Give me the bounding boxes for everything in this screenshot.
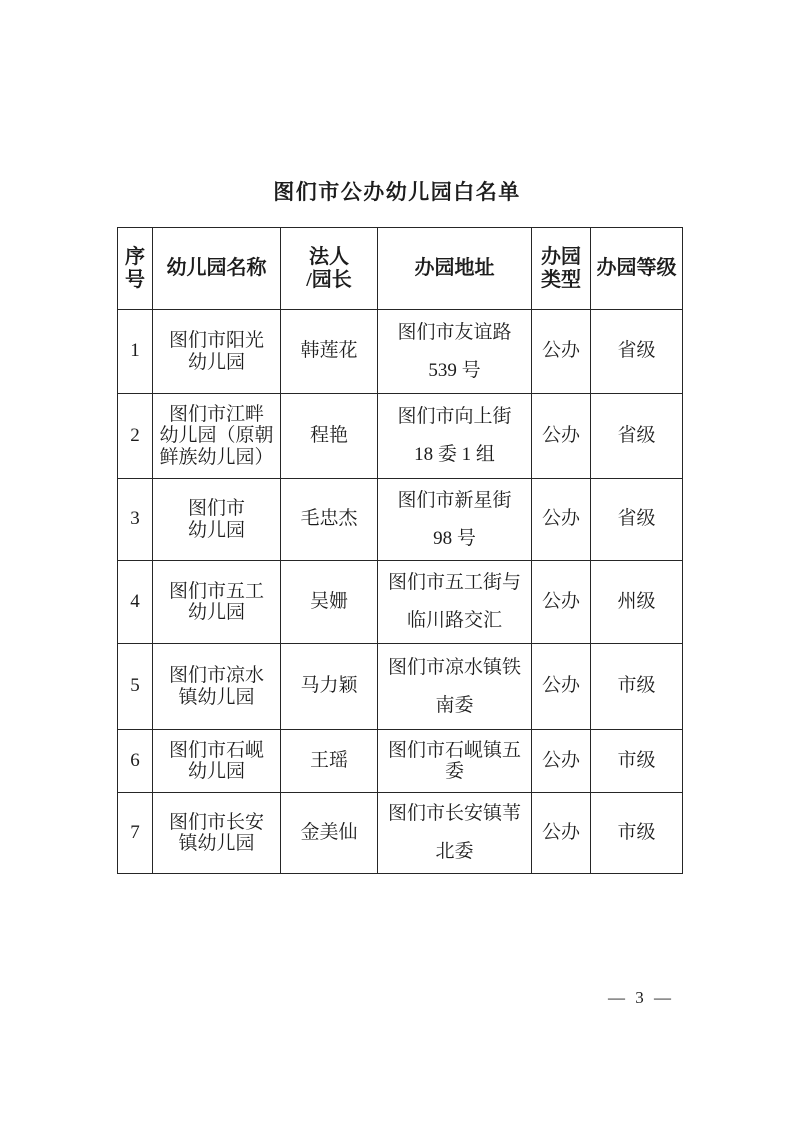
table-row: 3 图们市 幼儿园 毛忠杰 图们市新星街 98 号 公办 省级 [118, 479, 683, 561]
header-level: 办园等级 [591, 228, 683, 310]
cell-level: 市级 [591, 793, 683, 874]
cell-level: 市级 [591, 730, 683, 793]
cell-principal: 程艳 [281, 394, 378, 479]
page-number: — 3 — [608, 988, 674, 1008]
cell-principal: 毛忠杰 [281, 479, 378, 561]
table-row: 2 图们市江畔 幼儿园（原朝 鲜族幼儿园） 程艳 图们市向上街 18 委 1 组… [118, 394, 683, 479]
table-row: 4 图们市五工 幼儿园 吴姗 图们市五工街与 临川路交汇 公办 州级 [118, 561, 683, 644]
cell-address: 图们市友谊路 539 号 [378, 310, 532, 394]
cell-index: 1 [118, 310, 153, 394]
cell-address: 图们市长安镇苇 北委 [378, 793, 532, 874]
cell-type: 公办 [532, 479, 591, 561]
cell-address: 图们市凉水镇铁 南委 [378, 644, 532, 730]
cell-address: 图们市向上街 18 委 1 组 [378, 394, 532, 479]
kindergarten-whitelist-table: 序 号 幼儿园名称 法人 /园长 办园地址 办园 类型 办园等级 1 图们市阳光… [117, 227, 683, 874]
header-address: 办园地址 [378, 228, 532, 310]
cell-kindergarten-name: 图们市凉水 镇幼儿园 [153, 644, 281, 730]
cell-kindergarten-name: 图们市长安 镇幼儿园 [153, 793, 281, 874]
table-row: 6 图们市石岘 幼儿园 王瑶 图们市石岘镇五 委 公办 市级 [118, 730, 683, 793]
cell-principal: 韩莲花 [281, 310, 378, 394]
cell-type: 公办 [532, 793, 591, 874]
table-row: 5 图们市凉水 镇幼儿园 马力颖 图们市凉水镇铁 南委 公办 市级 [118, 644, 683, 730]
cell-kindergarten-name: 图们市石岘 幼儿园 [153, 730, 281, 793]
cell-type: 公办 [532, 730, 591, 793]
header-index: 序 号 [118, 228, 153, 310]
cell-index: 7 [118, 793, 153, 874]
cell-index: 3 [118, 479, 153, 561]
cell-level: 省级 [591, 394, 683, 479]
cell-type: 公办 [532, 394, 591, 479]
cell-type: 公办 [532, 644, 591, 730]
table-row: 1 图们市阳光 幼儿园 韩莲花 图们市友谊路 539 号 公办 省级 [118, 310, 683, 394]
cell-type: 公办 [532, 310, 591, 394]
cell-principal: 吴姗 [281, 561, 378, 644]
cell-kindergarten-name: 图们市阳光 幼儿园 [153, 310, 281, 394]
header-type: 办园 类型 [532, 228, 591, 310]
cell-index: 4 [118, 561, 153, 644]
cell-kindergarten-name: 图们市江畔 幼儿园（原朝 鲜族幼儿园） [153, 394, 281, 479]
cell-address: 图们市新星街 98 号 [378, 479, 532, 561]
cell-index: 6 [118, 730, 153, 793]
document-page: 图们市公办幼儿园白名单 序 号 幼儿园名称 法人 /园长 办园地址 办园 类型 … [0, 0, 794, 1123]
cell-kindergarten-name: 图们市五工 幼儿园 [153, 561, 281, 644]
cell-principal: 马力颖 [281, 644, 378, 730]
table-header-row: 序 号 幼儿园名称 法人 /园长 办园地址 办园 类型 办园等级 [118, 228, 683, 310]
cell-address: 图们市石岘镇五 委 [378, 730, 532, 793]
cell-level: 市级 [591, 644, 683, 730]
header-principal: 法人 /园长 [281, 228, 378, 310]
cell-level: 州级 [591, 561, 683, 644]
cell-index: 5 [118, 644, 153, 730]
header-kindergarten-name: 幼儿园名称 [153, 228, 281, 310]
cell-kindergarten-name: 图们市 幼儿园 [153, 479, 281, 561]
cell-index: 2 [118, 394, 153, 479]
cell-type: 公办 [532, 561, 591, 644]
table-body: 序 号 幼儿园名称 法人 /园长 办园地址 办园 类型 办园等级 1 图们市阳光… [118, 228, 683, 874]
cell-principal: 金美仙 [281, 793, 378, 874]
page-title: 图们市公办幼儿园白名单 [0, 176, 794, 206]
cell-level: 省级 [591, 479, 683, 561]
cell-level: 省级 [591, 310, 683, 394]
cell-address: 图们市五工街与 临川路交汇 [378, 561, 532, 644]
table-row: 7 图们市长安 镇幼儿园 金美仙 图们市长安镇苇 北委 公办 市级 [118, 793, 683, 874]
cell-principal: 王瑶 [281, 730, 378, 793]
